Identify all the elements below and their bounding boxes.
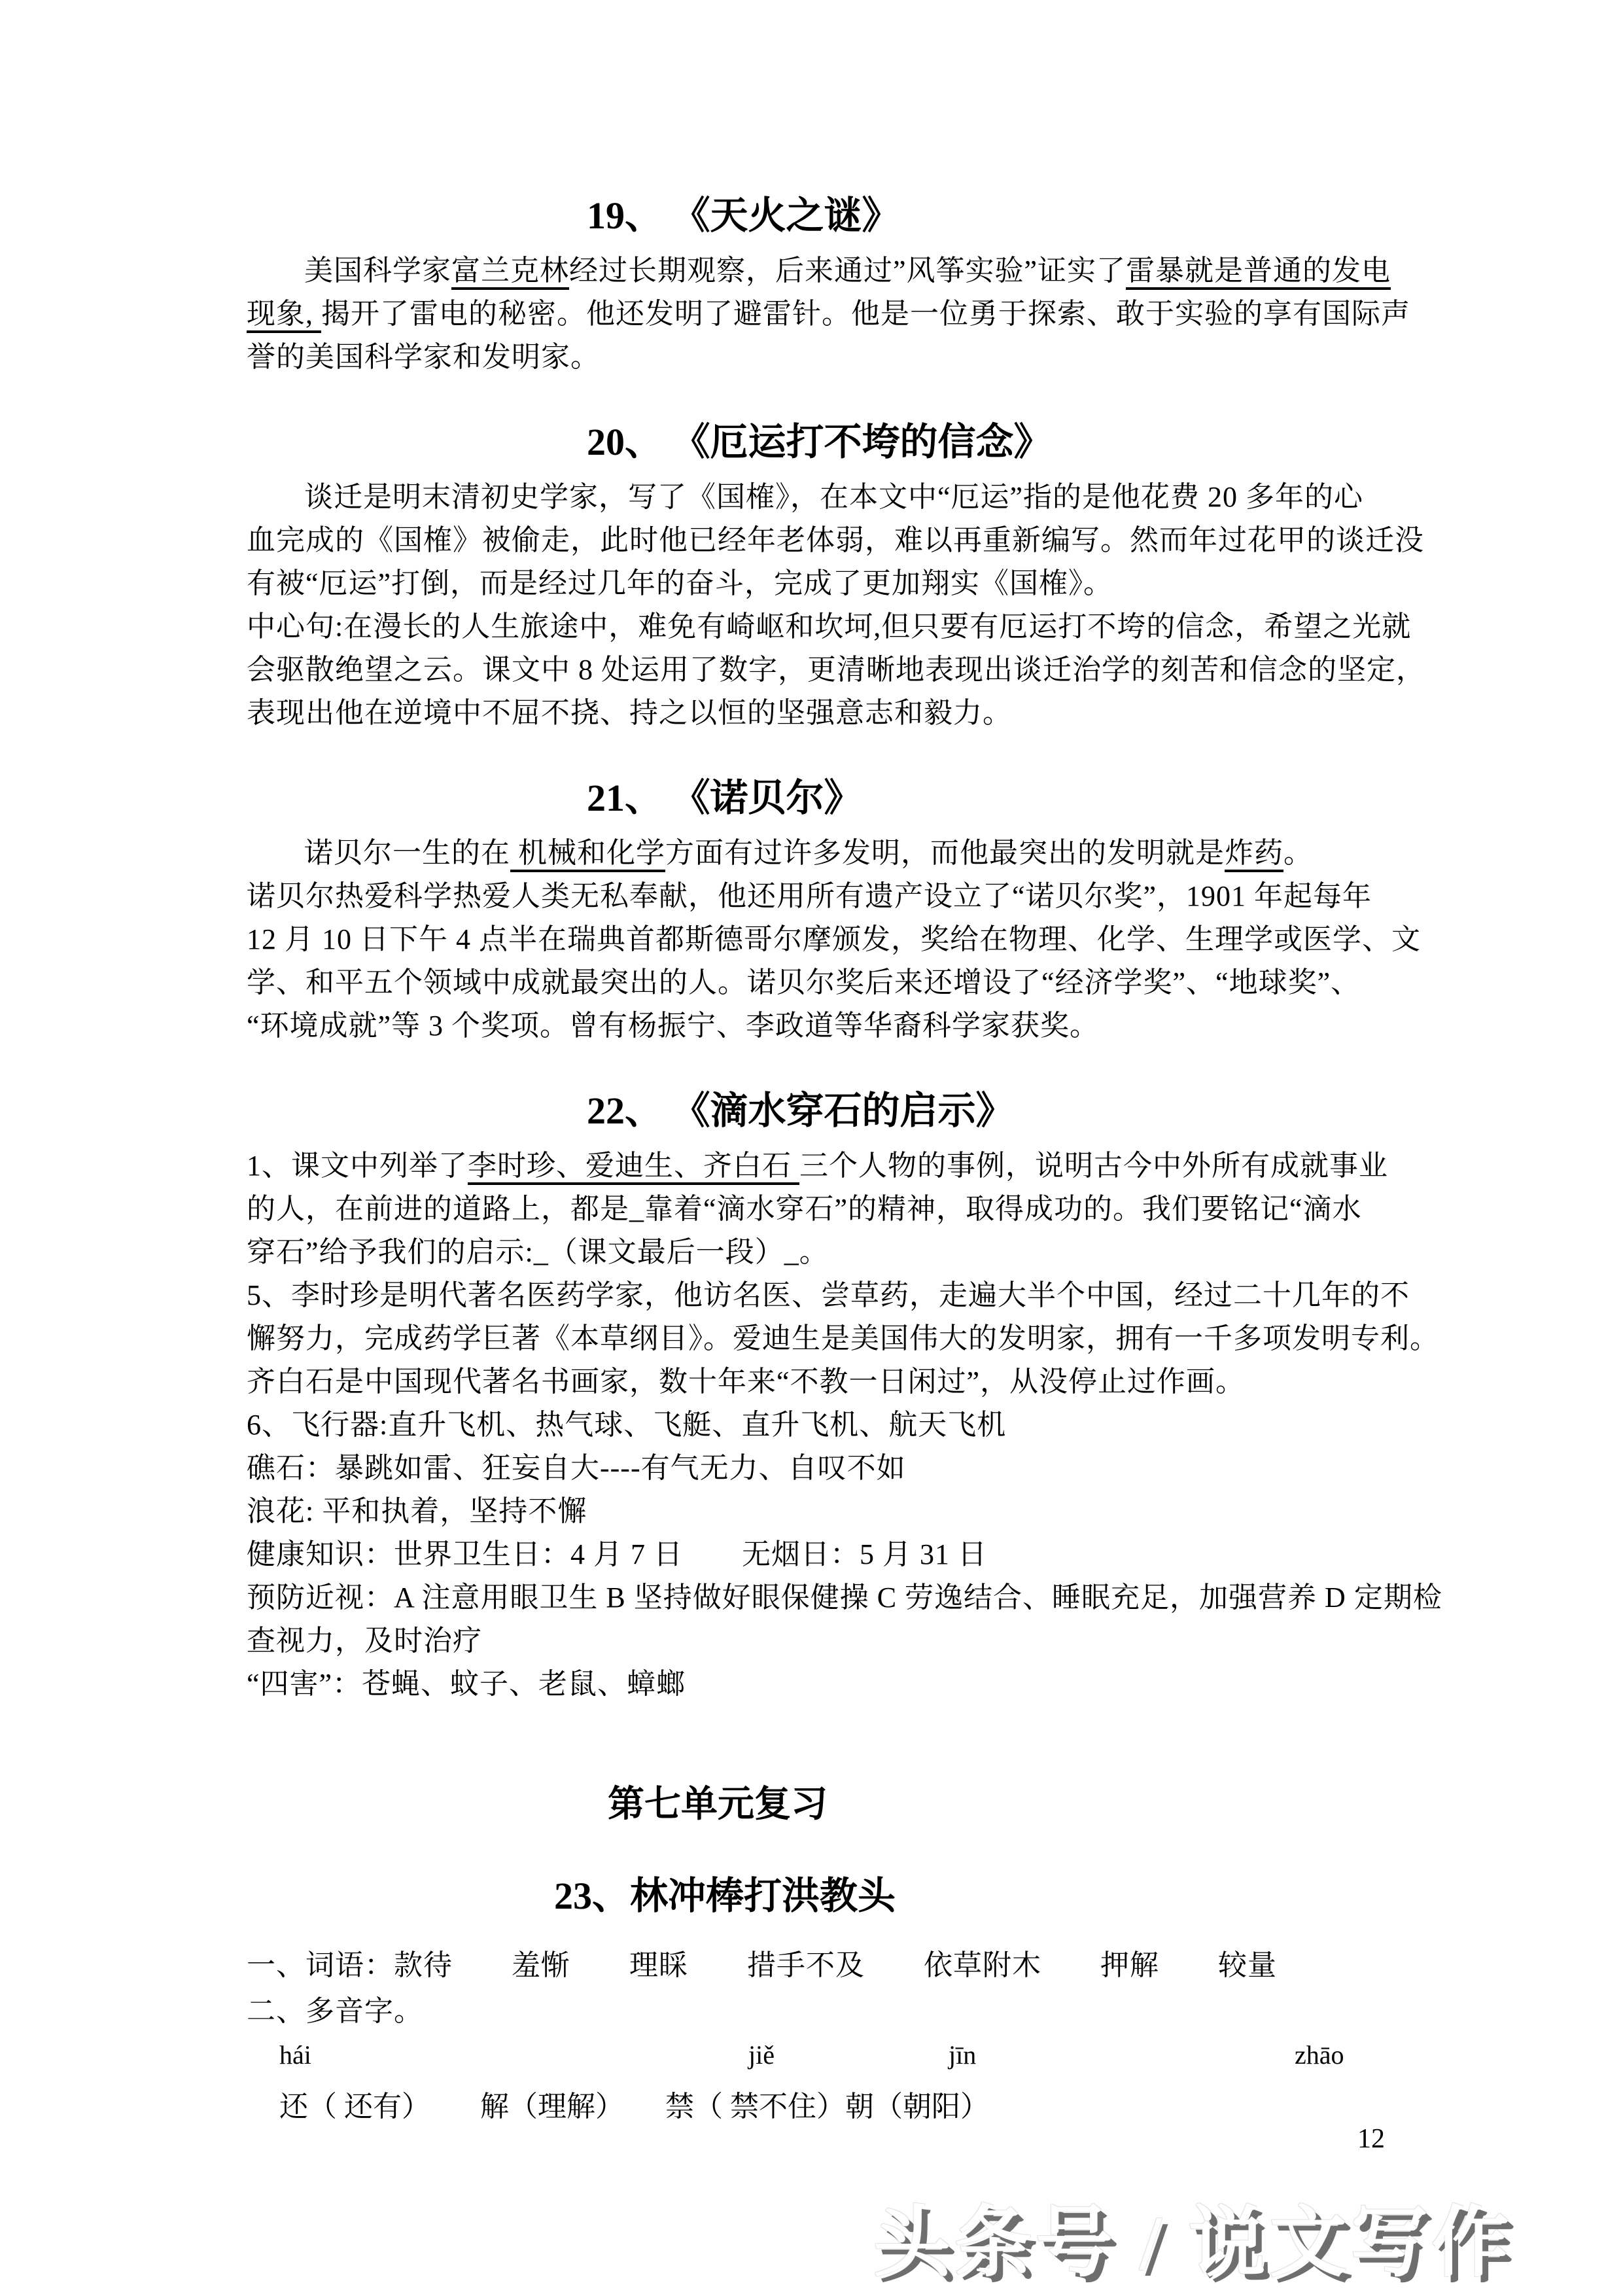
unit-review-title: 第七单元复习 [608,1782,1424,1828]
pinyin-label: hái [279,2040,311,2070]
underlined-text: 炸药 [1225,837,1283,872]
pinyin-label: jiě [748,2040,775,2070]
text-line: 12 月 10 日下午 4 点半在瑞典首都斯德哥尔摩颁发，奖给在物理、化学、生理… [247,918,1424,961]
text-line: 穿石”给予我们的启示:_（课文最后一段）_。 [247,1231,1424,1274]
text-line: 健康知识：世界卫生日：4 月 7 日 无烟日：5 月 31 日 [247,1533,1424,1576]
section-title: 20、 《厄运打不垮的信念》 [587,419,1424,465]
section-title: 19、 《天火之谜》 [587,193,1424,239]
underlined-text: 富兰克林 [451,255,569,290]
text-line: 诺贝尔一生的在 机械和化学方面有过许多发明，而他最突出的发明就是炸药。 [247,832,1424,875]
text-segment: 表现出他在逆境中不屈不挠、持之以恒的坚强意志和毅力。 [247,697,1012,729]
text-segment: 的人，在前进的道路上，都是_靠着“滴水穿石”的精神，取得成功的。我们要铭记“滴水 [247,1193,1362,1225]
text-segment: 揭开了雷电的秘密。他还发明了避雷针。他是一位勇于探索、敢于实验的享有国际声 [321,298,1410,330]
text-segment: 诺贝尔一生的在 [304,837,510,869]
text-segment: 5、李时珍是明代著名医药学家，他访名医、尝草药，走遍大半个中国，经过二十几年的不 [247,1279,1410,1311]
polyphone-row: 还（ 还有）解（理解）禁（ 禁不住）朝（朝阳） [247,2080,1424,2126]
text-segment: 三个人物的事例，说明古今中外所有成就事业 [799,1150,1388,1182]
text-segment: 。 [1283,837,1313,869]
text-line: 1、课文中列举了李时珍、爱迪生、齐白石 三个人物的事例，说明古今中外所有成就事业 [247,1144,1424,1188]
text-line: 二、多音字。 [247,1988,1424,2034]
text-line: 一、词语：款待 羞惭 理睬 措手不及 依草附木 押解 较量 [247,1943,1424,1988]
underlined-text: 雷暴就是普通的发电 [1126,255,1391,290]
text-line: 齐白石是中国现代著名书画家，数十年来“不教一日闲过”，从没停止过作画。 [247,1360,1424,1404]
text-segment: 有被“厄运”打倒，而是经过几年的奋斗，完成了更加翔实《国榷》。 [247,567,1113,599]
text-line: 中心句:在漫长的人生旅途中，难免有崎岖和坎坷,但只要有厄运打不垮的信念，希望之光… [247,605,1424,648]
underlined-text: 机械和化学 [510,837,665,872]
text-segment: 查视力，及时治疗 [247,1625,482,1657]
text-segment: 美国科学家 [304,255,451,287]
text-line: “环境成就”等 3 个奖项。曾有杨振宁、李政道等华裔科学家获奖。 [247,1004,1424,1048]
text-segment: 中心句:在漫长的人生旅途中，难免有崎岖和坎坷,但只要有厄运打不垮的信念，希望之光… [247,610,1411,643]
text-line: 美国科学家富兰克林经过长期观察，后来通过”风筝实验”证实了雷暴就是普通的发电 [247,249,1424,292]
text-line: 的人，在前进的道路上，都是_靠着“滴水穿石”的精神，取得成功的。我们要铭记“滴水 [247,1188,1424,1231]
pinyin-label: jīn [949,2040,976,2070]
text-segment: 懈努力，完成药学巨著《本草纲目》。爱迪生是美国伟大的发明家，拥有一千多项发明专利… [247,1322,1439,1354]
text-segment: 1、课文中列举了 [247,1150,468,1182]
text-line: 5、李时珍是明代著名医药学家，他访名医、尝草药，走遍大半个中国，经过二十几年的不 [247,1274,1424,1317]
text-segment: 誉的美国科学家和发明家。 [247,341,600,373]
underlined-text: 李时珍、爱迪生、齐白石 [468,1150,799,1185]
text-line: 礁石：暴跳如雷、狂妄自大----有气无力、自叹不如 [247,1447,1424,1490]
section-title: 21、 《诺贝尔》 [587,775,1424,821]
text-line: 表现出他在逆境中不屈不挠、持之以恒的坚强意志和毅力。 [247,692,1424,735]
polyphone-item: 还（ 还有） [279,2083,430,2125]
polyphone-item: 解（理解） [480,2083,624,2125]
text-segment: 齐白石是中国现代著名书画家，数十年来“不教一日闲过”，从没停止过作画。 [247,1366,1245,1398]
text-line: 学、和平五个领域中成就最突出的人。诺贝尔奖后来还增设了“经济学奖”、“地球奖”、 [247,961,1424,1004]
text-segment: “四害”：苍蝇、蚊子、老鼠、蟑螂 [247,1668,686,1700]
text-line: 6、飞行器:直升飞机、热气球、飞艇、直升飞机、航天飞机 [247,1404,1424,1447]
text-segment: 穿石”给予我们的启示:_（课文最后一段）_。 [247,1236,829,1268]
text-segment: 一、词语：款待 羞惭 理睬 措手不及 依草附木 押解 较量 [247,1949,1277,1981]
page-number: 12 [1357,2123,1385,2155]
document-page: 19、 《天火之谜》美国科学家富兰克林经过长期观察，后来通过”风筝实验”证实了雷… [0,0,1623,2296]
lesson-title: 23、林冲棒打洪教头 [554,1873,1424,1919]
text-segment: “环境成就”等 3 个奖项。曾有杨振宁、李政道等华裔科学家获奖。 [247,1010,1099,1042]
text-line: 预防近视：A 注意用眼卫生 B 坚持做好眼保健操 C 劳逸结合、睡眠充足，加强营… [247,1576,1424,1619]
text-line: 浪花: 平和执着，坚持不懈 [247,1490,1424,1533]
text-segment: 预防近视：A 注意用眼卫生 B 坚持做好眼保健操 C 劳逸结合、睡眠充足，加强营… [247,1581,1442,1614]
text-line: “四害”：苍蝇、蚊子、老鼠、蟑螂 [247,1663,1424,1706]
text-segment: 健康知识：世界卫生日：4 月 7 日 无烟日：5 月 31 日 [247,1538,987,1570]
document-content: 19、 《天火之谜》美国科学家富兰克林经过长期观察，后来通过”风筝实验”证实了雷… [247,193,1424,2126]
text-line: 现象, 揭开了雷电的秘密。他还发明了避雷针。他是一位勇于探索、敢于实验的享有国际… [247,292,1424,336]
section-title: 22、 《滴水穿石的启示》 [587,1088,1424,1134]
text-segment: 浪花: 平和执着，坚持不懈 [247,1495,587,1527]
text-segment: 二、多音字。 [247,1995,423,2027]
text-segment: 会驱散绝望之云。课文中 8 处运用了数字，更清晰地表现出谈迁治学的刻苦和信念的坚… [247,654,1425,686]
pinyin-row: háijiějīnzhāo [247,2034,1424,2080]
text-segment: 经过长期观察，后来通过”风筝实验”证实了 [569,255,1126,287]
watermark: 头条号 / 说文写作 [873,2180,1513,2291]
polyphone-item: 禁（ 禁不住）朝（朝阳） [665,2083,989,2125]
text-segment: 诺贝尔热爱科学热爱人类无私奉献，他还用所有遗产设立了“诺贝尔奖”，1901 年起… [247,880,1372,912]
text-segment: 6、飞行器:直升飞机、热气球、飞艇、直升飞机、航天飞机 [247,1409,1006,1441]
text-segment: 12 月 10 日下午 4 点半在瑞典首都斯德哥尔摩颁发，奖给在物理、化学、生理… [247,923,1421,955]
text-line: 懈努力，完成药学巨著《本草纲目》。爱迪生是美国伟大的发明家，拥有一千多项发明专利… [247,1317,1424,1360]
text-line: 谈迁是明末清初史学家，写了《国榷》，在本文中“厄运”指的是他花费 20 多年的心 [247,476,1424,519]
text-line: 血完成的《国榷》被偷走，此时他已经年老体弱，难以再重新编写。然而年过花甲的谈迁没 [247,519,1424,562]
text-line: 会驱散绝望之云。课文中 8 处运用了数字，更清晰地表现出谈迁治学的刻苦和信念的坚… [247,648,1424,692]
pinyin-label: zhāo [1295,2040,1344,2070]
underlined-text: 现象, [247,298,321,333]
text-segment: 方面有过许多发明，而他最突出的发明就是 [665,837,1225,869]
text-segment: 学、和平五个领域中成就最突出的人。诺贝尔奖后来还增设了“经济学奖”、“地球奖”、 [247,966,1360,998]
text-line: 有被“厄运”打倒，而是经过几年的奋斗，完成了更加翔实《国榷》。 [247,562,1424,605]
text-line: 诺贝尔热爱科学热爱人类无私奉献，他还用所有遗产设立了“诺贝尔奖”，1901 年起… [247,875,1424,918]
text-line: 誉的美国科学家和发明家。 [247,336,1424,379]
text-line: 查视力，及时治疗 [247,1619,1424,1663]
text-segment: 血完成的《国榷》被偷走，此时他已经年老体弱，难以再重新编写。然而年过花甲的谈迁没 [247,524,1424,556]
text-segment: 谈迁是明末清初史学家，写了《国榷》，在本文中“厄运”指的是他花费 20 多年的心 [304,481,1363,513]
text-segment: 礁石：暴跳如雷、狂妄自大----有气无力、自叹不如 [247,1452,906,1484]
